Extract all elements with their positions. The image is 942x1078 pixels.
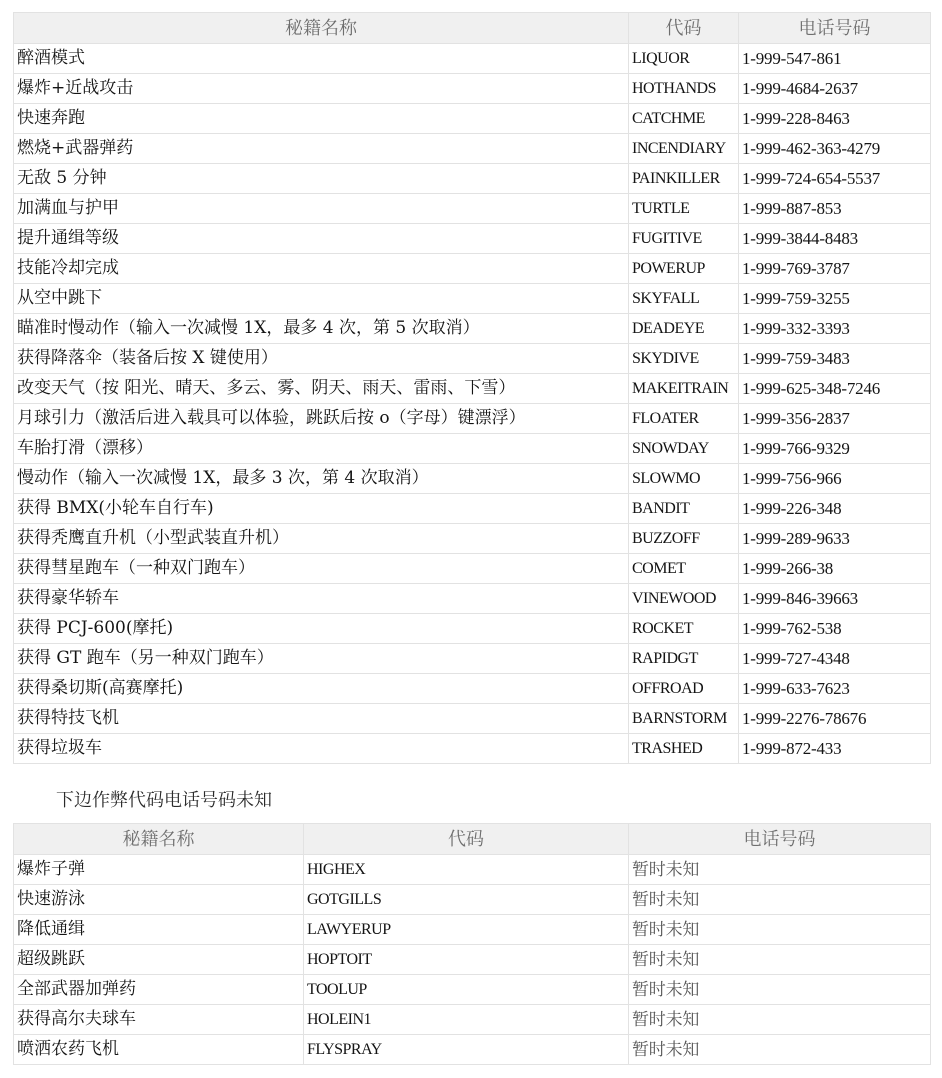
phone-number-cell: 1-999-289-9633	[739, 524, 931, 554]
phone-number-cell: 1-999-462-363-4279	[739, 134, 931, 164]
phone-number-cell: 1-999-226-348	[739, 494, 931, 524]
cheat-code-cell: CATCHME	[629, 104, 739, 134]
header-code: 代码	[629, 13, 739, 44]
table-row: 月球引力（激活后进入载具可以体验，跳跃后按 o（字母）键漂浮）FLOATER1-…	[14, 404, 931, 434]
cheat-code-cell: RAPIDGT	[629, 644, 739, 674]
cheat-name-cell: 快速奔跑	[14, 104, 629, 134]
cheat-name-cell: 瞄准时慢动作（输入一次减慢 1X，最多 4 次，第 5 次取消）	[14, 314, 629, 344]
cheat-name-cell: 获得特技飞机	[14, 704, 629, 734]
cheat-code-cell: HOPTOIT	[304, 945, 629, 975]
cheat-name-cell: 快速游泳	[14, 885, 304, 915]
cheat-code-cell: LAWYERUP	[304, 915, 629, 945]
cheat-name-cell: 获得 PCJ-600(摩托)	[14, 614, 629, 644]
table-row: 获得高尔夫球车HOLEIN1暂时未知	[14, 1005, 931, 1035]
header-code: 代码	[304, 824, 629, 855]
cheat-name-cell: 爆炸子弹	[14, 855, 304, 885]
cheat-code-cell: BARNSTORM	[629, 704, 739, 734]
cheat-code-cell: HOLEIN1	[304, 1005, 629, 1035]
cheat-name-cell: 醉酒模式	[14, 44, 629, 74]
phone-number-cell: 1-999-766-9329	[739, 434, 931, 464]
table-header-row: 秘籍名称 代码 电话号码	[14, 13, 931, 44]
table-row: 获得降落伞（装备后按 X 键使用）SKYDIVE1-999-759-3483	[14, 344, 931, 374]
cheat-code-cell: DEADEYE	[629, 314, 739, 344]
table-row: 获得 GT 跑车（另一种双门跑车）RAPIDGT1-999-727-4348	[14, 644, 931, 674]
cheat-name-cell: 获得秃鹰直升机（小型武装直升机）	[14, 524, 629, 554]
cheat-name-cell: 月球引力（激活后进入载具可以体验，跳跃后按 o（字母）键漂浮）	[14, 404, 629, 434]
table-row: 从空中跳下SKYFALL1-999-759-3255	[14, 284, 931, 314]
cheat-code-cell: COMET	[629, 554, 739, 584]
cheat-name-cell: 技能冷却完成	[14, 254, 629, 284]
table-row: 无敌 5 分钟PAINKILLER1-999-724-654-5537	[14, 164, 931, 194]
cheat-code-cell: TURTLE	[629, 194, 739, 224]
cheat-code-cell: LIQUOR	[629, 44, 739, 74]
phone-number-cell: 1-999-759-3255	[739, 284, 931, 314]
table-row: 慢动作（输入一次减慢 1X，最多 3 次，第 4 次取消）SLOWMO1-999…	[14, 464, 931, 494]
cheat-name-cell: 改变天气（按 阳光、晴天、多云、雾、阴天、雨天、雷雨、下雪）	[14, 374, 629, 404]
cheat-code-cell: FUGITIVE	[629, 224, 739, 254]
cheat-code-cell: BUZZOFF	[629, 524, 739, 554]
table-row: 获得特技飞机BARNSTORM1-999-2276-78676	[14, 704, 931, 734]
table-row: 快速奔跑CATCHME1-999-228-8463	[14, 104, 931, 134]
cheat-code-cell: FLOATER	[629, 404, 739, 434]
cheat-name-cell: 获得桑切斯(高赛摩托)	[14, 674, 629, 704]
cheat-code-cell: BANDIT	[629, 494, 739, 524]
table-row: 车胎打滑（漂移）SNOWDAY1-999-766-9329	[14, 434, 931, 464]
phone-number-cell: 暂时未知	[629, 915, 931, 945]
cheat-name-cell: 获得降落伞（装备后按 X 键使用）	[14, 344, 629, 374]
table-row: 全部武器加弹药TOOLUP暂时未知	[14, 975, 931, 1005]
phone-number-cell: 1-999-3844-8483	[739, 224, 931, 254]
unknown-phone-note: 下边作弊代码电话号码未知	[56, 786, 272, 812]
cheat-code-cell: PAINKILLER	[629, 164, 739, 194]
phone-number-cell: 1-999-625-348-7246	[739, 374, 931, 404]
phone-number-cell: 暂时未知	[629, 975, 931, 1005]
phone-number-cell: 1-999-762-538	[739, 614, 931, 644]
phone-number-cell: 1-999-724-654-5537	[739, 164, 931, 194]
table-row: 燃烧+武器弹药INCENDIARY1-999-462-363-4279	[14, 134, 931, 164]
phone-number-cell: 1-999-547-861	[739, 44, 931, 74]
cheat-name-cell: 全部武器加弹药	[14, 975, 304, 1005]
table-row: 技能冷却完成POWERUP1-999-769-3787	[14, 254, 931, 284]
cheat-name-cell: 喷洒农药飞机	[14, 1035, 304, 1065]
phone-number-cell: 1-999-756-966	[739, 464, 931, 494]
cheat-code-cell: HIGHEX	[304, 855, 629, 885]
cheat-code-cell: INCENDIARY	[629, 134, 739, 164]
table-row: 获得 PCJ-600(摩托)ROCKET1-999-762-538	[14, 614, 931, 644]
phone-number-cell: 1-999-356-2837	[739, 404, 931, 434]
cheat-name-cell: 获得高尔夫球车	[14, 1005, 304, 1035]
phone-number-cell: 暂时未知	[629, 945, 931, 975]
unknown-phone-cheats-table: 秘籍名称 代码 电话号码 爆炸子弹HIGHEX暂时未知快速游泳GOTGILLS暂…	[13, 823, 931, 1065]
cheat-name-cell: 无敌 5 分钟	[14, 164, 629, 194]
phone-number-cell: 1-999-759-3483	[739, 344, 931, 374]
phone-number-cell: 1-999-332-3393	[739, 314, 931, 344]
phone-number-cell: 1-999-633-7623	[739, 674, 931, 704]
header-cheat-name: 秘籍名称	[14, 13, 629, 44]
cheat-code-cell: SKYDIVE	[629, 344, 739, 374]
cheat-name-cell: 获得豪华轿车	[14, 584, 629, 614]
table-row: 提升通缉等级FUGITIVE1-999-3844-8483	[14, 224, 931, 254]
cheat-code-cell: TOOLUP	[304, 975, 629, 1005]
table-row: 降低通缉LAWYERUP暂时未知	[14, 915, 931, 945]
phone-number-cell: 暂时未知	[629, 885, 931, 915]
table-row: 超级跳跃HOPTOIT暂时未知	[14, 945, 931, 975]
table-row: 获得豪华轿车VINEWOOD1-999-846-39663	[14, 584, 931, 614]
cheat-codes-table: 秘籍名称 代码 电话号码 醉酒模式LIQUOR1-999-547-861爆炸+近…	[13, 12, 931, 764]
table-row: 快速游泳GOTGILLS暂时未知	[14, 885, 931, 915]
table-header-row: 秘籍名称 代码 电话号码	[14, 824, 931, 855]
table-row: 爆炸+近战攻击HOTHANDS1-999-4684-2637	[14, 74, 931, 104]
cheat-name-cell: 加满血与护甲	[14, 194, 629, 224]
cheat-code-cell: SLOWMO	[629, 464, 739, 494]
cheat-name-cell: 慢动作（输入一次减慢 1X，最多 3 次，第 4 次取消）	[14, 464, 629, 494]
cheat-code-cell: VINEWOOD	[629, 584, 739, 614]
table-row: 爆炸子弹HIGHEX暂时未知	[14, 855, 931, 885]
table-row: 获得秃鹰直升机（小型武装直升机）BUZZOFF1-999-289-9633	[14, 524, 931, 554]
phone-number-cell: 1-999-228-8463	[739, 104, 931, 134]
table-row: 改变天气（按 阳光、晴天、多云、雾、阴天、雨天、雷雨、下雪）MAKEITRAIN…	[14, 374, 931, 404]
phone-number-cell: 1-999-727-4348	[739, 644, 931, 674]
phone-number-cell: 1-999-846-39663	[739, 584, 931, 614]
phone-number-cell: 1-999-887-853	[739, 194, 931, 224]
cheat-name-cell: 提升通缉等级	[14, 224, 629, 254]
cheat-code-cell: SNOWDAY	[629, 434, 739, 464]
phone-number-cell: 1-999-872-433	[739, 734, 931, 764]
table-row: 获得彗星跑车（一种双门跑车）COMET1-999-266-38	[14, 554, 931, 584]
cheat-name-cell: 获得 BMX(小轮车自行车)	[14, 494, 629, 524]
cheat-name-cell: 降低通缉	[14, 915, 304, 945]
cheat-name-cell: 获得 GT 跑车（另一种双门跑车）	[14, 644, 629, 674]
cheat-name-cell: 从空中跳下	[14, 284, 629, 314]
table-row: 获得桑切斯(高赛摩托)OFFROAD1-999-633-7623	[14, 674, 931, 704]
cheat-name-cell: 燃烧+武器弹药	[14, 134, 629, 164]
table-row: 喷洒农药飞机FLYSPRAY暂时未知	[14, 1035, 931, 1065]
phone-number-cell: 1-999-769-3787	[739, 254, 931, 284]
table-row: 瞄准时慢动作（输入一次减慢 1X，最多 4 次，第 5 次取消）DEADEYE1…	[14, 314, 931, 344]
cheat-code-cell: TRASHED	[629, 734, 739, 764]
table-row: 加满血与护甲TURTLE1-999-887-853	[14, 194, 931, 224]
phone-number-cell: 暂时未知	[629, 855, 931, 885]
header-phone: 电话号码	[629, 824, 931, 855]
phone-number-cell: 1-999-2276-78676	[739, 704, 931, 734]
cheat-code-cell: POWERUP	[629, 254, 739, 284]
cheat-code-cell: GOTGILLS	[304, 885, 629, 915]
cheat-code-cell: MAKEITRAIN	[629, 374, 739, 404]
phone-number-cell: 1-999-4684-2637	[739, 74, 931, 104]
cheat-name-cell: 车胎打滑（漂移）	[14, 434, 629, 464]
header-phone: 电话号码	[739, 13, 931, 44]
cheat-name-cell: 获得彗星跑车（一种双门跑车）	[14, 554, 629, 584]
phone-number-cell: 1-999-266-38	[739, 554, 931, 584]
phone-number-cell: 暂时未知	[629, 1035, 931, 1065]
cheat-code-cell: OFFROAD	[629, 674, 739, 704]
cheat-name-cell: 获得垃圾车	[14, 734, 629, 764]
cheat-name-cell: 爆炸+近战攻击	[14, 74, 629, 104]
cheat-code-cell: HOTHANDS	[629, 74, 739, 104]
header-cheat-name: 秘籍名称	[14, 824, 304, 855]
phone-number-cell: 暂时未知	[629, 1005, 931, 1035]
cheat-name-cell: 超级跳跃	[14, 945, 304, 975]
cheat-code-cell: ROCKET	[629, 614, 739, 644]
table-row: 醉酒模式LIQUOR1-999-547-861	[14, 44, 931, 74]
table-row: 获得垃圾车TRASHED1-999-872-433	[14, 734, 931, 764]
table-row: 获得 BMX(小轮车自行车)BANDIT1-999-226-348	[14, 494, 931, 524]
cheat-code-cell: SKYFALL	[629, 284, 739, 314]
cheat-code-cell: FLYSPRAY	[304, 1035, 629, 1065]
